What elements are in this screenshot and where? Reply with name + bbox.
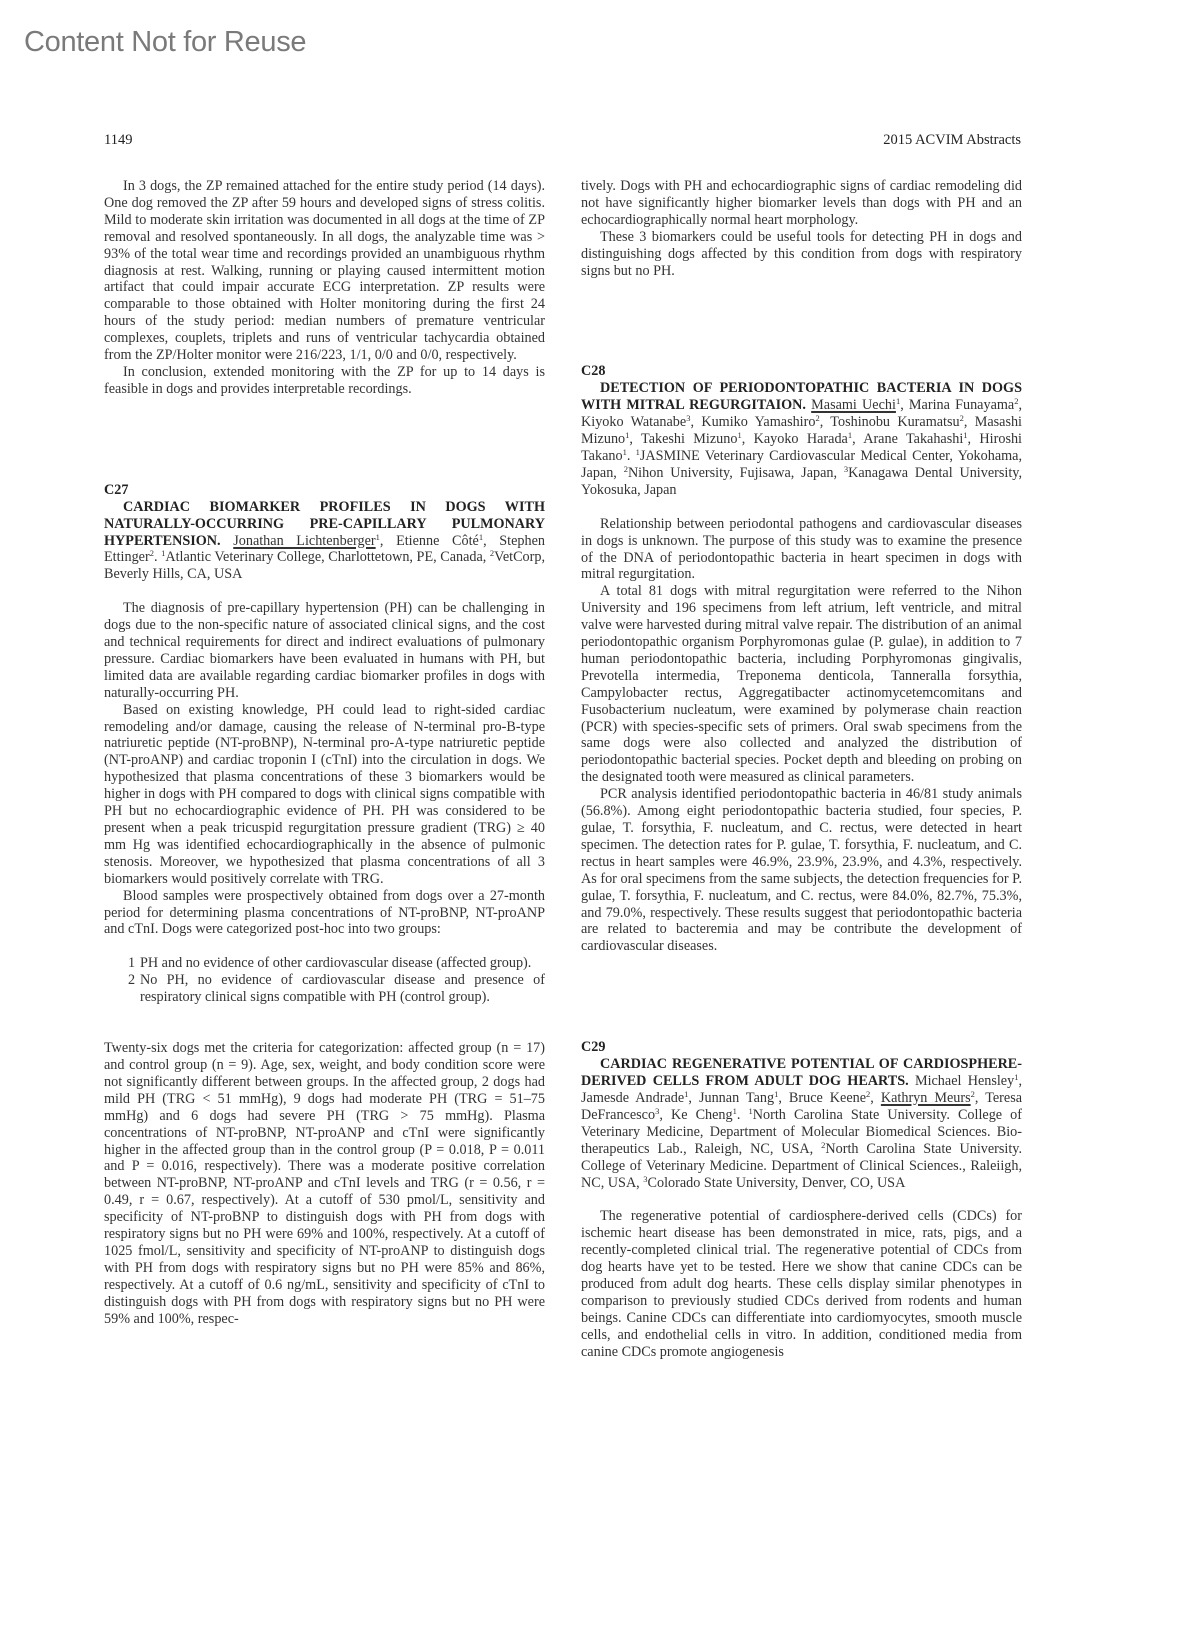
body-paragraph: PCR analysis identified periodontopathic… bbox=[581, 786, 1022, 955]
author: , Takeshi Mizuno bbox=[629, 431, 737, 447]
list-number: 1 bbox=[128, 955, 135, 972]
author: , Bruce Keene bbox=[778, 1090, 866, 1106]
abstract-id: C29 bbox=[581, 1039, 1022, 1056]
group-item: 1PH and no evidence of other cardiovascu… bbox=[128, 955, 545, 972]
affiliation: Colorado State University, Denver, CO, U… bbox=[648, 1175, 906, 1191]
right-column: tively. Dogs with PH and echocardiograph… bbox=[581, 178, 1022, 1361]
affiliation-marker: 1 bbox=[623, 447, 627, 457]
abstract-heading: CARDIAC BIOMARKER PROFILES IN DOGS WITH … bbox=[104, 499, 545, 584]
body-paragraph: A total 81 dogs with mitral regurgitatio… bbox=[581, 583, 1022, 786]
list-text: PH and no evidence of other cardiovascul… bbox=[140, 955, 531, 971]
watermark: Content Not for Reuse bbox=[24, 26, 306, 59]
author: , Ke Cheng bbox=[659, 1107, 732, 1123]
presenting-author: Kathryn Meurs bbox=[881, 1090, 971, 1106]
page-number: 1149 bbox=[104, 132, 132, 149]
author: , Arane Takahashi bbox=[852, 431, 963, 447]
list-number: 2 bbox=[128, 972, 135, 989]
body-paragraph: Twenty-six dogs met the criteria for cat… bbox=[104, 1040, 545, 1327]
list-text: No PH, no evidence of cardiovascular dis… bbox=[140, 972, 545, 1005]
group-list: 1PH and no evidence of other cardiovascu… bbox=[104, 955, 545, 1006]
author: , Marina Funayama bbox=[900, 397, 1014, 413]
abstract-c28: C28 DETECTION OF PERIODONTOPATHIC BACTER… bbox=[581, 363, 1022, 955]
body-paragraph: These 3 biomarkers could be useful tools… bbox=[581, 229, 1022, 280]
group-item: 2No PH, no evidence of cardiovascular di… bbox=[128, 972, 545, 1006]
affiliation-marker: 2 bbox=[866, 1089, 870, 1099]
author: , Junnan Tang bbox=[688, 1090, 774, 1106]
body-paragraph: Blood samples were prospectively obtaine… bbox=[104, 888, 545, 939]
abstract-id: C28 bbox=[581, 363, 1022, 380]
author: , Etienne Côté bbox=[380, 533, 479, 549]
body-paragraph: In 3 dogs, the ZP remained attached for … bbox=[104, 178, 545, 364]
body-paragraph: tively. Dogs with PH and echocardiograph… bbox=[581, 178, 1022, 229]
body-paragraph: The regenerative potential of cardiosphe… bbox=[581, 1208, 1022, 1360]
author: , Kayoko Harada bbox=[742, 431, 848, 447]
abstract-heading: DETECTION OF PERIODONTOPATHIC BACTERIA I… bbox=[581, 380, 1022, 498]
affiliation-marker: 1 bbox=[733, 1106, 737, 1116]
body-paragraph: Based on existing knowledge, PH could le… bbox=[104, 702, 545, 888]
author: Michael Hensley bbox=[915, 1073, 1014, 1089]
abstract-c27: C27 CARDIAC BIOMARKER PROFILES IN DOGS W… bbox=[104, 482, 545, 1328]
left-column: In 3 dogs, the ZP remained attached for … bbox=[104, 178, 545, 1327]
body-paragraph: In conclusion, extended monitoring with … bbox=[104, 364, 545, 398]
affiliation: Nihon University, Fujisawa, Japan, bbox=[628, 465, 844, 481]
presenting-author: Masami Uechi bbox=[811, 397, 896, 413]
author: , Toshinobu Kuramatsu bbox=[820, 414, 960, 430]
affiliation-marker: 2 bbox=[150, 548, 154, 558]
affiliation: Atlantic Veterinary College, Charlotteto… bbox=[165, 549, 490, 565]
presenting-author: Jonathan Lichtenberger bbox=[233, 533, 375, 549]
abstract-heading: CARDIAC REGENERATIVE POTENTIAL OF CARDIO… bbox=[581, 1056, 1022, 1191]
journal-title: 2015 ACVIM Abstracts bbox=[883, 132, 1021, 149]
body-paragraph: The diagnosis of pre-capillary hypertens… bbox=[104, 600, 545, 701]
abstract-id: C27 bbox=[104, 482, 545, 499]
body-paragraph: Relationship between periodontal pathoge… bbox=[581, 516, 1022, 584]
abstract-c29: C29 CARDIAC REGENERATIVE POTENTIAL OF CA… bbox=[581, 1039, 1022, 1360]
author: , Kumiko Yamashiro bbox=[690, 414, 815, 430]
